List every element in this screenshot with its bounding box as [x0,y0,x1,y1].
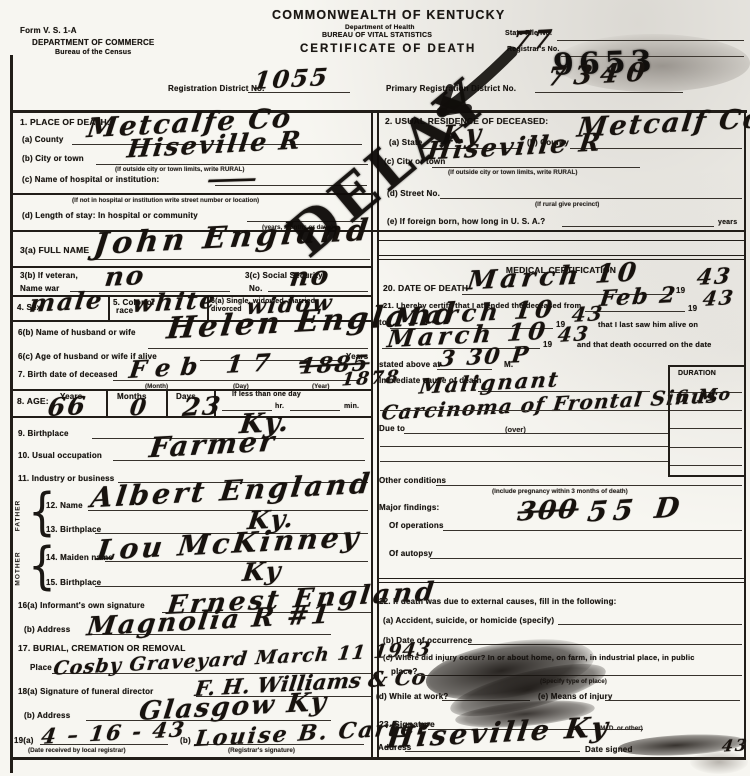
form-number: Form V. S. 1-A [20,26,77,35]
certify-text-3: and that death occurred on the date [577,340,712,349]
duration-label: DURATION [678,370,716,377]
father-side-label: FATHER [15,493,22,539]
external-c-label: (c) Where did injury occur? In or about … [383,653,695,662]
father-name-label: 12. Name [46,501,83,510]
due-to-label: Due to [379,424,405,433]
age-min-label: min. [344,403,359,410]
external-c-note: (Specify type of place) [540,678,607,685]
age-days-value: 23 [181,391,224,422]
spouse-label: 6(b) Name of husband or wife [18,328,136,337]
writing-line [96,164,368,165]
age-years-value: 66 [46,391,89,422]
state-file-line [557,40,744,41]
writing-line [440,198,742,199]
to-label: to [379,318,387,327]
writing-line [562,226,714,227]
writing-line [605,700,740,701]
external-b-label: (b) Date of occurrence [383,636,472,645]
pod-city-label: (b) City or town [22,154,84,163]
writing-line [436,485,742,486]
department-label: DEPARTMENT OF COMMERCE [32,38,154,47]
sex-value: male [28,285,106,318]
ssn-value: no [288,261,332,293]
ink-mark [428,46,520,126]
age-months-value: 0 [128,394,149,422]
occupation-value: Farmer [147,425,278,465]
writing-line [443,530,742,531]
registrar-sig-note: (Registrar's signature) [228,747,295,754]
over-note: (over) [505,425,526,434]
bureau-vital-label: BUREAU OF VITAL STATISTICS [322,32,432,39]
veteran-label: 3(b) If veteran, [20,271,78,280]
other-conditions-label: Other conditions [379,476,446,485]
death-certificate-scan: Form V. S. 1-A DEPARTMENT OF COMMERCE Bu… [0,0,750,776]
pod-stay-label: (d) Length of stay: In hospital or commu… [22,211,198,220]
pod-hospital-note: (If not in hospital or institution write… [72,197,259,204]
rule [12,193,371,195]
operations-label: Of operations [389,521,444,530]
attended-from-value: Feb 2 [598,282,679,312]
occupation-label: 10. Usual occupation [18,451,102,460]
reg-district-value: 1055 [252,62,331,95]
age-label: 8. AGE: [17,396,49,406]
rule [106,389,108,416]
date-signed-label: Date signed [585,745,633,754]
writing-line [670,465,742,466]
writing-line [430,558,742,559]
birthdate-label: 7. Birth date of deceased [18,370,118,379]
age-less-label: If less than one day [232,391,301,398]
writing-line [468,644,742,645]
attended-from-year: 43 [701,285,736,311]
border-right [744,110,746,760]
dept-health-label: Department of Health [345,24,415,31]
full-name-label: 3(a) FULL NAME [20,245,89,255]
writing-line [442,700,530,701]
rule [378,240,744,241]
mother-name-value: Lou McKinney [95,520,363,567]
primary-district-value: 7340 [546,57,655,92]
writing-line [670,428,742,429]
autopsy-label: Of autopsy [389,549,433,558]
rule [378,255,744,256]
res-street-note: (If rural give precinct) [535,201,599,208]
registrar-sig-prefix: (b) [180,736,191,745]
ssn-label-2: No. [249,284,263,293]
date-signed-value: 43 [721,735,750,755]
mother-bp-label: 15. Birthplace [46,578,101,587]
year-note: (Year) [312,383,330,390]
birthdate-value: Feb 17 – [127,345,322,384]
primary-district-line [535,92,683,93]
certify-text-2: that I last saw him alive on [598,320,698,329]
duration-box-border [668,365,670,477]
informant-sig-label: 16(a) Informant's own signature [18,601,145,610]
mother-brace: { [28,537,56,596]
findings-label: Major findings: [379,503,439,512]
burial-place-label: Place [30,663,52,672]
commonwealth-title: COMMONWEALTH OF KENTUCKY [272,8,505,22]
border-left [10,55,13,773]
writing-line [670,410,742,411]
pod-hospital-value: — [203,165,265,193]
writing-line [558,624,742,625]
mother-bp-value: Ky [241,556,284,587]
rule [108,295,110,320]
res-foreign-suffix: years [718,219,737,226]
res-city-note: (If outside city or town limits, write R… [448,169,577,176]
pod-hospital-label: (c) Name of hospital or institution: [22,175,159,184]
writing-line [670,447,742,448]
writing-line [380,446,668,447]
mother-side-label: MOTHER [15,546,22,592]
meridian-label: M. [504,360,513,369]
year-print: 19 [688,304,697,313]
res-state-label: (a) State [389,138,422,147]
dod-label: 20. DATE OF DEATH [383,283,468,293]
operations-struck-value: 300 [516,494,580,527]
received-label: 19(a) [14,736,34,745]
birthplace-label: 9. Birthplace [18,429,69,438]
duration-box-border [668,365,744,367]
writing-line [380,461,668,462]
bureau-label: Bureau of the Census [55,49,131,56]
external-a-label: (a) Accident, suicide, or homicide (spec… [383,616,554,625]
external-d-label: (d) While at work? [376,692,449,701]
external-title: 22. If death was due to external causes,… [379,597,617,606]
external-c-label-2: place? [391,667,418,676]
writing-line [380,410,668,411]
informant-addr-label: (b) Address [24,625,70,634]
month-note: (Month) [145,383,168,390]
day-note: (Day) [233,383,249,390]
certify-text-4: stated above at [379,360,440,369]
res-foreign-label: (e) If foreign born, how long in U. S. A… [387,217,545,226]
writing-line [290,410,340,411]
full-name-value: John England [92,213,374,262]
received-note: (Date received by local registrar) [28,747,126,754]
father-bp-label: 13. Birthplace [46,525,101,534]
writing-line [416,675,742,676]
duration-value: 6 Mo [675,385,734,408]
director-label: 18(a) Signature of funeral director [18,687,153,696]
rule [166,389,168,416]
res-street-label: (d) Street No. [387,189,440,198]
rule [378,259,744,260]
father-name-value: Albert England [89,467,374,515]
external-e-label: (e) Means of injury [538,692,612,701]
duration-box-border [668,475,744,477]
writing-line [432,167,640,168]
writing-line [404,433,668,434]
pod-county-label: (a) County [22,135,64,144]
operations-value: 55 D [586,490,688,528]
burial-addr-label: (b) Address [24,711,70,720]
